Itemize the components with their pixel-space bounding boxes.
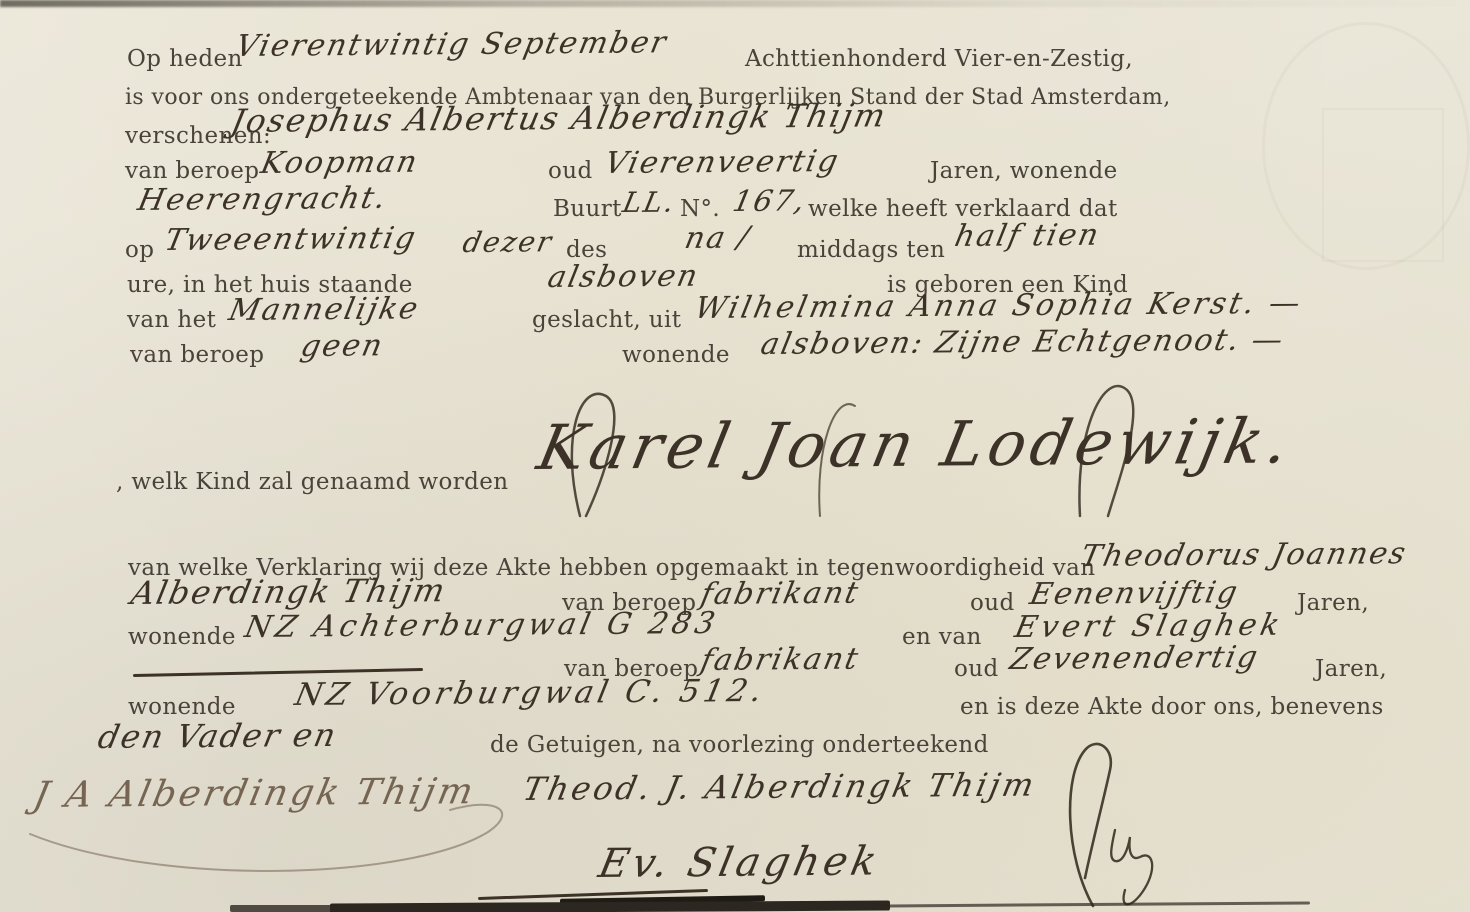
printed-en-van: en van: [902, 625, 982, 650]
entry-birth-time: half tien: [952, 219, 1103, 253]
cutoff-signature-fragment: [230, 905, 340, 912]
entry-declarant-occupation: Koopman: [258, 146, 422, 180]
birth-certificate-document: Op heden Vierentwintig September Achttie…: [0, 0, 1470, 912]
scan-top-edge: [0, 0, 1470, 7]
signature-witness1: Theod. J. Alberdingk Thijm: [520, 768, 1040, 808]
printed-wonende-1: wonende: [622, 343, 730, 368]
entry-dezer: dezer: [460, 227, 556, 259]
entry-declarant-name: Josephus Albertus Alberdingk Thijm: [228, 98, 890, 139]
entry-witness2-age: Zevenendertig: [1007, 641, 1262, 676]
printed-geslacht-uit: geslacht, uit: [532, 308, 681, 333]
printed-van-het: van het: [127, 308, 216, 333]
entry-declarant-address: Heerengracht.: [135, 182, 390, 217]
entry-witness1-name-part1: Theodorus Joannes: [1078, 537, 1410, 573]
entry-declarant-age: Vierenveertig: [602, 145, 843, 180]
printed-buurt: Buurt: [553, 197, 622, 222]
entry-child-gender: Mannelijke: [226, 292, 423, 327]
printed-jaren-2: Jaren,: [1315, 657, 1387, 682]
entry-father-reference: den Vader en: [95, 718, 340, 755]
signature-witness2: Ev. Slaghek: [595, 840, 884, 886]
entry-registration-date: Vierentwintig September: [233, 26, 671, 63]
embossed-seal-inner-shield: [1322, 108, 1444, 262]
printed-oud-2: oud: [970, 591, 1015, 616]
printed-van-beroep-2: van beroep: [130, 343, 264, 368]
entry-birth-house: alsboven: [545, 260, 702, 294]
printed-wonende-2: wonende: [128, 625, 236, 650]
signature-father: J A Alberdingk Thijm: [30, 772, 479, 815]
entry-witness2-address: NZ Voorburgwal C. 512.: [292, 674, 769, 712]
printed-jaren-wonende: Jaren, wonende: [930, 159, 1118, 184]
entry-witness1-name-part2: Alberdingk Thijm: [128, 573, 450, 611]
printed-oud-3: oud: [954, 657, 999, 682]
printed-middags-ten: middags ten: [797, 238, 945, 263]
entry-witness2-occupation: fabrikant: [698, 643, 863, 677]
registrar-paraph-signature: [1035, 738, 1205, 912]
entry-daypart: na /: [682, 221, 754, 255]
entry-house-number: 167,: [730, 185, 809, 218]
printed-op-heden: Op heden: [127, 47, 243, 72]
printed-op: op: [125, 238, 154, 263]
printed-year: Achttienhonderd Vier-en-Zestig,: [745, 47, 1133, 72]
entry-witness1-age: Eenenvijftig: [1027, 576, 1242, 611]
printed-jaren-1: Jaren,: [1297, 591, 1369, 616]
printed-welk-kind: , welk Kind zal genaamd worden: [116, 470, 509, 495]
entry-witness1-address: NZ Achterburgwal G 283: [242, 607, 722, 644]
entry-mother-name: Wilhelmina Anna Sophia Kerst. —: [692, 287, 1306, 325]
cutoff-signature-band: [330, 901, 890, 912]
entry-witness2-name: Evert Slaghek: [1012, 609, 1286, 644]
printed-getuigen-voorlezing: de Getuigen, na voorlezing onderteekend: [490, 733, 989, 758]
printed-oud-1: oud: [548, 159, 593, 184]
entry-child-name: Karel Joan Lodewijk.: [532, 407, 1299, 482]
entry-birth-day: Tweeentwintig: [162, 222, 420, 257]
entry-mother-residence: alsboven: Zijne Echtgenoot. —: [758, 323, 1287, 361]
printed-number-label: N°.: [680, 197, 720, 222]
printed-akte-door-ons: en is deze Akte door ons, benevens: [960, 695, 1384, 720]
entry-buurt-code: LL.: [620, 188, 678, 219]
entry-mother-occupation: geen: [298, 329, 387, 363]
entry-witness1-occupation: fabrikant: [698, 577, 863, 611]
printed-van-beroep-1: van beroep: [125, 159, 259, 184]
